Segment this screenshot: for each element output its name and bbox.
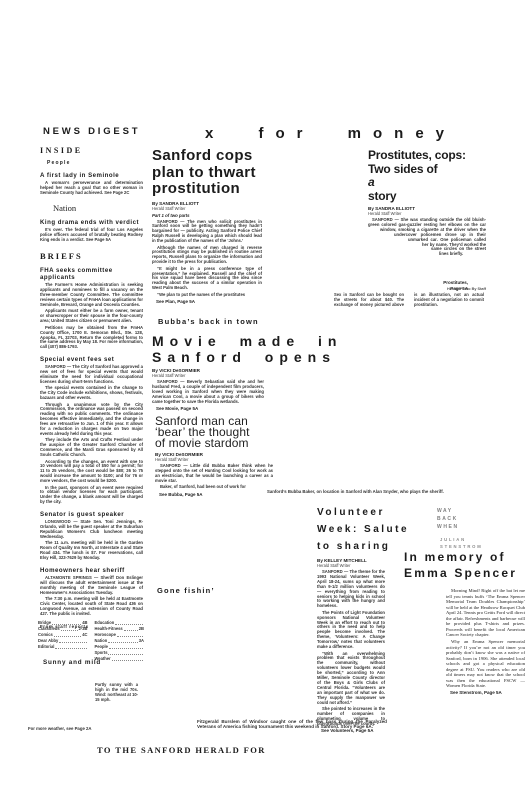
volunteer-article: Volunteer Week: Salute to sharing By KEL…	[317, 504, 417, 733]
headline-line: Week: Salute	[317, 521, 417, 538]
headline-line: Prostitutes, cops:	[368, 149, 486, 163]
brief-paragraph: Applicants must either be a farm owner, …	[40, 309, 143, 324]
brief-paragraph: A woman’s perseverance and determination…	[40, 181, 143, 196]
caption-fragment: Sex in Sanford can be bought on the stre…	[334, 292, 404, 307]
brief-paragraph: The 11 a.m. meeting will be held in the …	[40, 541, 143, 561]
headline-line: plan to thwart	[152, 165, 262, 182]
way-back-when-label: WAY BACK WHEN	[437, 507, 459, 531]
emma-headline: In memory of Emma Spencer	[404, 549, 517, 581]
bubba-kicker: Bubba’s back in town	[158, 317, 259, 326]
article-paragraph: Baker, of Sanford, had been out of work …	[155, 485, 273, 490]
article-paragraph: Although the names of men charged in rev…	[152, 246, 262, 266]
cops-article: Sanford cops plan to thwart prostitution…	[152, 148, 262, 304]
headline-fragment: Two sides of	[368, 163, 486, 177]
dotted-leader	[108, 654, 143, 655]
article-paragraph: She pointed to increases in the number o…	[317, 707, 385, 727]
article-paragraph: SANFORD — Little did Bubba Baker think w…	[155, 464, 273, 484]
brief-paragraph: It’s over. The federal trial of four Los…	[40, 228, 143, 243]
article-paragraph: Why an Emma Spencer memorial activity? I…	[446, 639, 525, 689]
movie-article-body: By VICKI DeSORMIER Herald Staff Writer S…	[152, 368, 264, 411]
volunteer-body: SANFORD — The theme for the 1993 Nationa…	[317, 570, 385, 733]
dotted-leader	[112, 660, 143, 661]
label-line: WHEN	[437, 523, 459, 531]
brief-headline-senator: Senator is guest speaker	[40, 511, 143, 518]
byline-title: Herald Staff Writer	[152, 206, 262, 211]
bear-headline: Sanford man can ‘bear’ the thought of mo…	[155, 416, 273, 449]
byline-title: Herald Staff Writer	[155, 457, 273, 462]
headline-line: to sharing	[317, 538, 417, 555]
weather-headline: Sunny and mild	[43, 659, 101, 666]
movie-headline: Movie made in Sanford opens	[152, 333, 367, 365]
volunteer-headline: Volunteer Week: Salute to sharing	[317, 504, 417, 555]
emma-article-body: Morning Mind! Right off the bat let me t…	[446, 588, 525, 695]
index-page: 2B	[139, 626, 144, 632]
people-section-label: People	[47, 160, 143, 166]
bear-article: Sanford man can ‘bear’ the thought of mo…	[155, 416, 273, 497]
brief-paragraph: ALTAMONTE SPRINGS — Sheriff Don Eslinger…	[40, 576, 143, 596]
index-label: Editorial	[38, 644, 54, 650]
news-digest-title: NEWS DIGEST	[43, 126, 143, 137]
brief-paragraph: The 7:30 p.m. meeting will be held at Ea…	[40, 597, 143, 617]
dotted-leader	[115, 624, 143, 625]
subscription-promo-line: TO THE SANFORD HERALD FOR	[97, 745, 266, 755]
weather-more-note: For more weather, see Page 2A	[28, 726, 92, 731]
headline-fragment: story	[368, 190, 486, 204]
article-paragraph: SANFORD — The theme for the 1993 Nationa…	[317, 570, 385, 609]
jump-line: See Volunteers, Page 5A	[317, 728, 385, 733]
jump-line: See Bubba, Page 5A	[155, 492, 273, 497]
dotted-leader	[109, 648, 143, 649]
brief-paragraph: SANFORD — The City of Sanford has approv…	[40, 365, 143, 385]
series-kicker: Part 1 of two parts	[152, 213, 262, 218]
movie-article: Movie made in Sanford opens By VICKI DeS…	[152, 333, 367, 411]
label-line: WAY	[437, 507, 459, 515]
sting-photo-caption: Sex in Sanford can be bought on the stre…	[334, 293, 484, 308]
dotted-leader	[117, 636, 143, 637]
brief-paragraph: They include the Arts and Crafts Festiva…	[40, 438, 143, 458]
dotted-leader	[108, 642, 138, 643]
index-row: Weather	[95, 656, 145, 662]
weather-forecast: Partly sunny with a high in the mid 70s.…	[95, 682, 138, 702]
article-paragraph: SANFORD — The men who solicit prostitute…	[152, 220, 262, 245]
headline-line: Sanford cops	[152, 148, 262, 165]
bubba-photo-caption: Sanford’s Bubba Baker, on location in Sa…	[267, 489, 479, 494]
caption-fragment: is an illustration, not an actual incide…	[414, 292, 484, 307]
index-column-left: Bridge4B Classifieds2-3B Comics4C Dear A…	[38, 620, 88, 662]
byline-title: Herald Staff Writer	[317, 563, 417, 568]
headline-line: Volunteer	[317, 504, 417, 521]
dotted-leader	[54, 636, 81, 637]
byline-title: Herald Staff Writer	[368, 211, 486, 216]
dotted-leader	[52, 624, 81, 625]
dotted-leader	[55, 648, 86, 649]
brief-headline-fha: FHA seeks committee applicants	[40, 267, 143, 281]
headline-line: of movie stardom	[155, 438, 273, 449]
brief-paragraph: LONGWOOD — State Sen. Toni Jennings, R-O…	[40, 520, 143, 540]
nation-section-label: Nation	[53, 203, 143, 213]
newspaper-page: x for money NEWS DIGEST INSIDE People A …	[0, 0, 525, 800]
headline-line: In memory of	[404, 549, 517, 565]
headline-italic-a: a	[368, 175, 374, 189]
brief-paragraph: According to the changes, an event with …	[40, 460, 143, 485]
headline-line: Two sides of a story	[368, 163, 486, 204]
brief-paragraph: Through a unanimous vote by the City Com…	[40, 403, 143, 437]
dotted-leader	[124, 630, 138, 631]
dotted-leader	[61, 630, 78, 631]
cops-headline: Sanford cops plan to thwart prostitution	[152, 148, 262, 198]
brief-paragraph: In the past, sponsors of an event were r…	[40, 486, 143, 506]
page-index: Bridge4B Classifieds2-3B Comics4C Dear A…	[38, 620, 144, 662]
jump-line: See Movie, Page 5A	[152, 406, 264, 411]
brief-paragraph: Petitions may be obtained from the FmHA …	[40, 326, 143, 351]
brief-headline-first-lady: A first lady in Seminole	[40, 172, 143, 179]
jump-line: See Plan, Page 5A	[152, 299, 262, 304]
article-paragraph: SANFORD — Beverly Sebastian said she and…	[152, 380, 264, 405]
dotted-leader	[59, 642, 86, 643]
brief-paragraph: The special events contained in the chan…	[40, 386, 143, 401]
article-paragraph: “We plan to put the names of the prostit…	[152, 293, 262, 298]
index-page: 3A	[139, 638, 144, 644]
inside-section-label: INSIDE	[40, 146, 143, 155]
banner-headline: x for money	[205, 125, 456, 142]
prostitutes-headline: Prostitutes, cops: Two sides of a story	[368, 149, 486, 203]
news-digest-rail: NEWS DIGEST INSIDE People A first lady i…	[40, 126, 143, 629]
wrap-spacer	[368, 258, 447, 280]
prostitutes-article: Prostitutes, cops: Two sides of a story …	[368, 149, 486, 291]
index-page: 4C	[82, 632, 87, 638]
brief-headline-king: King drama ends with verdict	[40, 219, 143, 226]
photo-credit: Herald Photo By Staff	[360, 287, 486, 291]
headline-line: prostitution	[152, 181, 262, 198]
briefs-section-label: BRIEFS	[40, 251, 143, 261]
jump-line: See Stenstrom, Page 5A	[446, 690, 525, 695]
index-column-right: Education Health-Fitness2B Horoscope Nat…	[95, 620, 145, 662]
headline-line: Emma Spencer	[404, 565, 517, 581]
brief-paragraph: The Farmer’s Home Administration is seek…	[40, 283, 143, 308]
article-paragraph: “It might be in a press conference type …	[152, 267, 262, 292]
article-paragraph: “With an overwhelming problem that exist…	[317, 652, 385, 706]
headline-line: Movie made in	[152, 333, 367, 349]
index-row: Editorial	[38, 644, 88, 650]
label-line: BACK	[437, 515, 459, 523]
article-paragraph: Morning Mind! Right off the bat let me t…	[446, 588, 525, 638]
prostitutes-body: SANFORD — She was standing outside the o…	[368, 218, 486, 291]
article-paragraph: The Points of Light Foundation sponsors …	[317, 611, 385, 650]
brief-headline-sheriff: Homeowners hear sheriff	[40, 567, 143, 574]
headline-line: Sanford opens	[152, 349, 367, 365]
gone-fishin-kicker: Gone fishin’	[157, 586, 215, 595]
byline-title: Herald Staff Writer	[152, 373, 264, 378]
brief-headline-fees: Special event fees set	[40, 356, 143, 363]
